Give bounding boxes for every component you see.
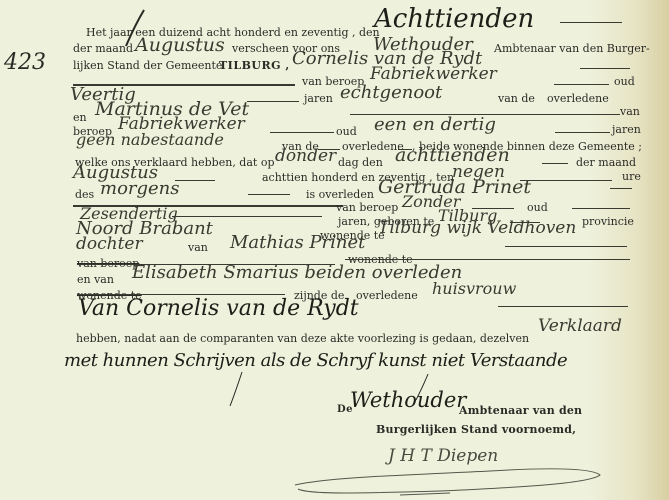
printed-overledene: overledene (547, 93, 609, 104)
hand-signing-note: met hunnen Schrijven als de Schryf kunst… (64, 352, 567, 370)
printed-jaren: jaren (612, 124, 641, 135)
hand-day: Achttienden (374, 6, 534, 32)
hand-spouse: Van Cornelis van de Rydt (78, 298, 359, 320)
hand-declaration: Verklaard (538, 318, 622, 335)
printed-des: des (75, 189, 94, 200)
fill-line (77, 294, 285, 295)
printed-dag-den: dag den (338, 157, 383, 168)
printed-tilburg: TILBURG , (219, 60, 290, 71)
hand-mother: Elisabeth Smarius beiden overleden (132, 264, 462, 282)
printed-overledene: overledene (356, 290, 418, 301)
hand-residence: Tilburg wijk Veldhoven (378, 220, 576, 237)
hand-status: huisvrouw (432, 281, 516, 297)
hand-declarant2-relation: geen nabestaande (76, 132, 224, 148)
printed-lijken-stand: lijken Stand der Gemeente (73, 60, 222, 71)
printed-oud: oud (527, 202, 548, 213)
hand-weekday: donder (275, 148, 336, 165)
fill-line (554, 84, 609, 85)
civil-register-page: 423 Het jaar een duizend acht honderd en… (0, 0, 669, 500)
fill-line (520, 180, 612, 181)
printed-is-overleden: is overleden (306, 189, 374, 200)
fill-line (175, 180, 215, 181)
hand-time-of-day: morgens (100, 180, 180, 198)
printed-van: van (620, 106, 640, 117)
printed-ure: ure (622, 171, 641, 182)
hand-declarant1-occupation: Fabriekwerker (370, 66, 497, 83)
fill-line (498, 306, 628, 307)
fill-line (542, 163, 568, 164)
signature-flourish (290, 455, 610, 500)
printed-oud: oud (614, 76, 635, 87)
fill-line (248, 194, 290, 195)
fill-line (505, 246, 627, 247)
hand-relation: dochter (76, 236, 143, 253)
printed-van-beroep: van beroep (336, 202, 398, 213)
hand-declarant1-relation: echtgenoot (340, 84, 442, 102)
printed-provincie: provincie (582, 216, 634, 227)
fill-line (572, 208, 630, 209)
printed-en-van: en van (77, 274, 114, 285)
printed-jaren: jaren (304, 93, 333, 104)
fill-line (247, 101, 299, 102)
fill-line (580, 68, 630, 69)
hand-father: Mathias Prinet (230, 234, 365, 252)
pen-stroke (220, 370, 440, 410)
printed-der-maand: der maand (576, 157, 636, 168)
fill-line (345, 259, 630, 260)
fill-line (555, 132, 610, 133)
printed-ambtenaar: Ambtenaar van den Burger- (494, 43, 650, 54)
printed-burgerlijken-stand: Burgerlijken Stand voornoemd, (376, 424, 576, 435)
printed-ambtenaar-van-den: Ambtenaar van den (459, 405, 582, 416)
printed-van-de: van de (498, 93, 535, 104)
fill-line (172, 216, 322, 217)
fill-line (610, 188, 632, 189)
record-number: 423 (4, 50, 46, 75)
printed-en: en (73, 112, 87, 123)
printed-oud: oud (336, 126, 357, 137)
fill-line (560, 22, 622, 23)
fill-line (270, 132, 334, 133)
pen-stroke (120, 8, 150, 48)
printed-van: van (188, 242, 208, 253)
hand-declarant2-age: een en dertig (374, 116, 496, 134)
printed-hebben-nadat: hebben, nadat aan de comparanten van dez… (76, 333, 529, 344)
